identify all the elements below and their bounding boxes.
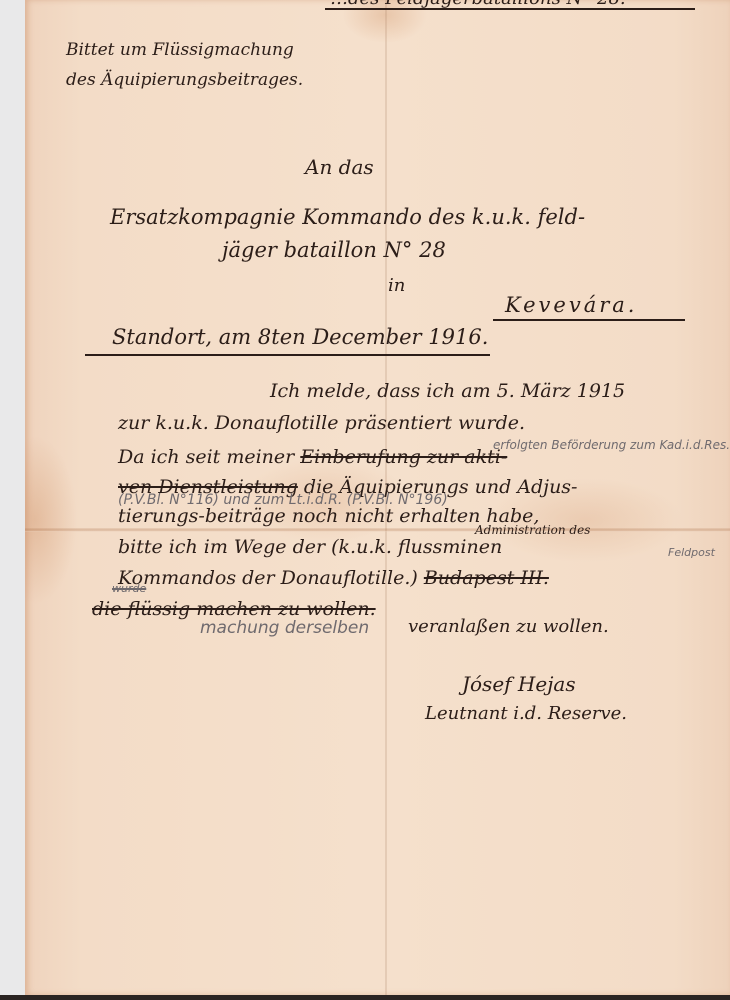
place-underline <box>493 319 685 321</box>
body-insert-promotion: erfolgten Beförderung zum Kad.i.d.Res. <box>493 438 730 452</box>
scan-bottom-edge <box>0 995 730 1000</box>
body-line-9-ink: veranlaßen zu wollen. <box>408 616 609 637</box>
body-line-7-struck: Budapest III. <box>424 567 549 589</box>
salutation: An das <box>305 155 374 179</box>
signature-rank: Leutnant i.d. Reserve. <box>425 703 627 724</box>
subject-line-1: Bittet um Flüssigmachung <box>66 40 294 60</box>
horizontal-fold-crease <box>25 528 730 532</box>
addressee-line-1: Ersatzkompagnie Kommando des k.u.k. feld… <box>110 205 585 229</box>
body-line-8-struck: die flüssig machen zu wollen. <box>92 598 376 620</box>
dateline: Standort, am 8ten December 1916. <box>112 325 488 349</box>
body-line-7-text: Kommandos der Donauflotille.) <box>118 567 418 589</box>
body-line-3: Da ich seit meiner Einberufung zur akti- <box>118 446 507 468</box>
body-insert-wurde: wurde <box>112 582 146 595</box>
signature-name: Jósef Hejas <box>462 672 576 696</box>
addressee-in: in <box>388 275 405 296</box>
body-line-1: Ich melde, dass ich am 5. März 1915 <box>270 380 625 402</box>
body-line-9-pencil: machung derselben <box>200 618 369 638</box>
addressee-place: Kevevára. <box>505 293 637 317</box>
body-insert-feldpost: Feldpost <box>668 546 715 559</box>
body-insert-administration: Administration des <box>475 523 590 537</box>
body-line-7: Kommandos der Donauflotille.) Budapest I… <box>118 567 549 589</box>
top-underline <box>325 8 695 10</box>
subject-line-2: des Äquipierungsbeitrages. <box>66 70 303 90</box>
body-line-2: zur k.u.k. Donauflotille präsentiert wur… <box>118 412 525 434</box>
addressee-line-2: jäger bataillon N° 28 <box>222 238 446 262</box>
dateline-underline <box>85 354 490 356</box>
body-line-3-struck: Einberufung zur akti- <box>300 446 507 468</box>
body-line-3-kept: Da ich seit meiner <box>118 446 294 468</box>
body-line-6: bitte ich im Wege der (k.u.k. flussminen <box>118 536 502 558</box>
